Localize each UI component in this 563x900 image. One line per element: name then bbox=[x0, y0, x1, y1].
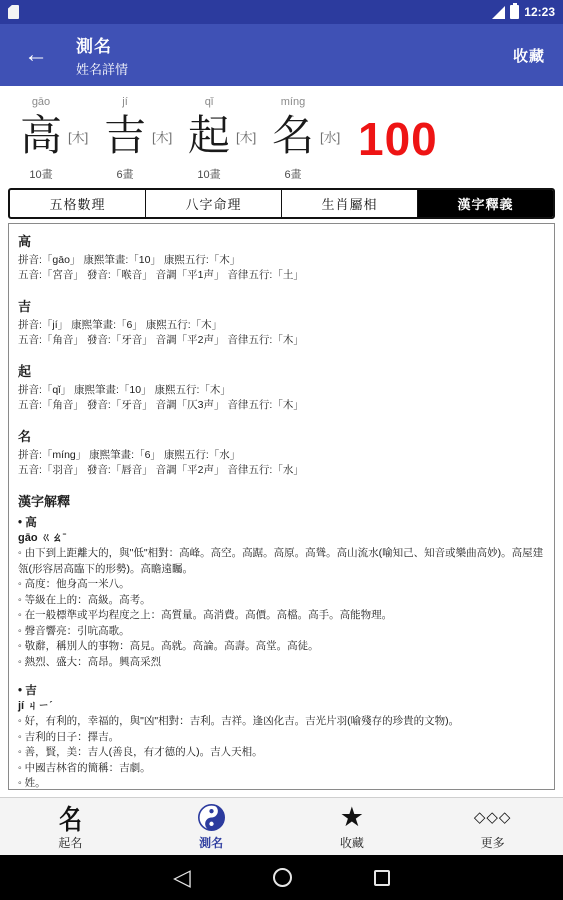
char-info-title: 起 bbox=[18, 361, 545, 380]
char-info-block: 名 拼音:「míng」 康熙筆畫:「6」 康熙五行:「水」 五音:「羽音」 發音… bbox=[18, 426, 545, 478]
tab-shengxiao-shuxiang[interactable]: 生肖屬相 bbox=[282, 190, 418, 217]
explain-entry-pronounce: gāo ㄍㄠˉ bbox=[18, 531, 545, 546]
app-bar: ← 測名 姓名詳情 收藏 bbox=[0, 24, 563, 86]
definition-line: ◦ 吉利的日子：擇吉。 bbox=[18, 730, 545, 746]
notification-doc-icon bbox=[8, 5, 19, 19]
definition-line: ◦ 姓。 bbox=[18, 776, 545, 790]
pinyin-label: jí bbox=[102, 96, 148, 112]
element-label: [木] bbox=[68, 127, 96, 146]
nav-label: 收藏 bbox=[340, 834, 364, 851]
nav-label: 更多 bbox=[481, 834, 505, 851]
favorite-action-button[interactable]: 收藏 bbox=[513, 45, 545, 66]
more-icon: ◇◇◇ bbox=[474, 808, 512, 826]
char-info-line: 五音:「角音」 發音:「牙音」 音調「平2声」 音律五行:「木」 bbox=[18, 333, 545, 348]
android-nav-bar: ◁ bbox=[0, 855, 563, 900]
char-info-block: 高 拼音:「gāo」 康熙筆畫:「10」 康熙五行:「木」 五音:「宮音」 發音… bbox=[18, 231, 545, 283]
explain-entry: • 吉 jí ㄐㄧˊ ◦ 好，有利的，幸福的，與"凶"相對：吉利。吉祥。逢凶化吉… bbox=[18, 683, 545, 790]
explain-section-title: 漢字解釋 bbox=[18, 491, 545, 510]
tab-hanzi-shiyi[interactable]: 漢字釋義 bbox=[418, 190, 553, 217]
definition-line: ◦ 好，有利的，幸福的，與"凶"相對：吉利。吉祥。逢凶化吉。吉光片羽(喻殘存的珍… bbox=[18, 714, 545, 730]
name-char-group: gāo 高 [木] 10畫 bbox=[18, 96, 96, 182]
page-title: 測名 bbox=[76, 32, 128, 57]
char-info-title: 吉 bbox=[18, 296, 545, 315]
explain-entry-char: • 高 bbox=[18, 515, 545, 531]
char-info-block: 起 拼音:「qǐ」 康熙筆畫:「10」 康熙五行:「木」 五音:「角音」 發音:… bbox=[18, 361, 545, 413]
explain-entry: • 高 gāo ㄍㄠˉ ◦ 由下到上距離大的，與"低"相對：高峰。高空。高踞。高… bbox=[18, 515, 545, 670]
definition-line: ◦ 熱烈、盛大：高昂。興高采烈 bbox=[18, 655, 545, 671]
char-info-title: 名 bbox=[18, 426, 545, 445]
definition-line: ◦ 高度：他身高一米八。 bbox=[18, 577, 545, 593]
name-char-group: qǐ 起 [木] 10畫 bbox=[186, 96, 264, 182]
android-recents-icon[interactable] bbox=[374, 870, 390, 886]
char-info-line: 五音:「角音」 發音:「牙音」 音調「仄3声」 音律五行:「木」 bbox=[18, 398, 545, 413]
char-info-line: 拼音:「qǐ」 康熙筆畫:「10」 康熙五行:「木」 bbox=[18, 383, 545, 398]
bottom-nav: 名 起名 測名 ★ 收藏 ◇◇◇ 更多 bbox=[0, 797, 563, 855]
definition-line: ◦ 由下到上距離大的，與"低"相對：高峰。高空。高踞。高原。高聳。高山流水(喻知… bbox=[18, 546, 545, 577]
char-info-title: 高 bbox=[18, 231, 545, 250]
definition-line: ◦ 在一般標準或平均程度之上：高質量。高消費。高價。高檔。高手。高能物理。 bbox=[18, 608, 545, 624]
pinyin-label: míng bbox=[270, 96, 316, 112]
nav-item-ceming[interactable]: 測名 bbox=[141, 802, 282, 851]
name-char: 起 bbox=[186, 112, 232, 160]
char-info-line: 拼音:「jí」 康熙筆畫:「6」 康熙五行:「木」 bbox=[18, 318, 545, 333]
clock: 12:23 bbox=[524, 5, 555, 19]
definition-line: ◦ 聲音響亮：引吭高歌。 bbox=[18, 624, 545, 640]
definition-line: ◦ 敬辭，稱別人的事物：高見。高就。高論。高壽。高堂。高徒。 bbox=[18, 639, 545, 655]
nav-label: 起名 bbox=[58, 834, 82, 851]
seal-name-icon: 名 bbox=[59, 798, 82, 837]
definition-line: ◦ 中國吉林省的簡稱：吉劇。 bbox=[18, 761, 545, 777]
char-meaning-panel[interactable]: 高 拼音:「gāo」 康熙筆畫:「10」 康熙五行:「木」 五音:「宮音」 發音… bbox=[8, 223, 555, 790]
name-char-group: míng 名 [水] 6畫 bbox=[270, 96, 348, 182]
status-bar: 12:23 bbox=[0, 0, 563, 24]
nav-item-shoucang[interactable]: ★ 收藏 bbox=[282, 802, 423, 851]
tab-bar: 五格數理 八字命理 生肖屬相 漢字釋義 bbox=[8, 188, 555, 219]
back-arrow-icon[interactable]: ← bbox=[24, 41, 64, 69]
page-subtitle: 姓名詳情 bbox=[76, 59, 128, 78]
yinyang-icon bbox=[198, 802, 225, 832]
element-label: [木] bbox=[152, 127, 180, 146]
pinyin-label: gāo bbox=[18, 96, 64, 112]
nav-item-qiming[interactable]: 名 起名 bbox=[0, 802, 141, 851]
char-info-line: 拼音:「míng」 康熙筆畫:「6」 康熙五行:「水」 bbox=[18, 448, 545, 463]
nav-label: 測名 bbox=[199, 834, 223, 851]
definition-line: ◦ 善，賢，美：吉人(善良，有才德的人)。吉人天相。 bbox=[18, 745, 545, 761]
name-char: 名 bbox=[270, 112, 316, 160]
element-label: [水] bbox=[320, 127, 348, 146]
name-score: 100 bbox=[358, 112, 438, 166]
strokes-label: 10畫 bbox=[186, 166, 232, 182]
pinyin-label: qǐ bbox=[186, 96, 232, 112]
nav-item-gengduo[interactable]: ◇◇◇ 更多 bbox=[422, 802, 563, 851]
star-icon: ★ bbox=[340, 803, 364, 831]
android-back-icon[interactable]: ◁ bbox=[173, 867, 191, 888]
android-home-icon[interactable] bbox=[273, 868, 292, 887]
char-info-line: 拼音:「gāo」 康熙筆畫:「10」 康熙五行:「木」 bbox=[18, 253, 545, 268]
definition-line: ◦ 等級在上的：高級。高考。 bbox=[18, 593, 545, 609]
explain-entry-pronounce: jí ㄐㄧˊ bbox=[18, 699, 545, 714]
battery-icon bbox=[510, 5, 519, 19]
strokes-label: 6畫 bbox=[102, 166, 148, 182]
strokes-label: 10畫 bbox=[18, 166, 64, 182]
name-char: 吉 bbox=[102, 112, 148, 160]
tab-bazi-mingli[interactable]: 八字命理 bbox=[146, 190, 282, 217]
explain-entry-char: • 吉 bbox=[18, 683, 545, 699]
char-info-line: 五音:「宮音」 發音:「喉音」 音調「平1声」 音律五行:「土」 bbox=[18, 268, 545, 283]
name-header: gāo 高 [木] 10畫 jí 吉 [木] 6畫 qǐ 起 [木] 10畫 m… bbox=[0, 86, 563, 186]
name-char-group: jí 吉 [木] 6畫 bbox=[102, 96, 180, 182]
tab-wuge-shuli[interactable]: 五格數理 bbox=[10, 190, 146, 217]
char-info-line: 五音:「羽音」 發音:「唇音」 音調「平2声」 音律五行:「水」 bbox=[18, 463, 545, 478]
signal-icon bbox=[492, 6, 505, 19]
name-char: 高 bbox=[18, 112, 64, 160]
char-info-block: 吉 拼音:「jí」 康熙筆畫:「6」 康熙五行:「木」 五音:「角音」 發音:「… bbox=[18, 296, 545, 348]
strokes-label: 6畫 bbox=[270, 166, 316, 182]
element-label: [木] bbox=[236, 127, 264, 146]
